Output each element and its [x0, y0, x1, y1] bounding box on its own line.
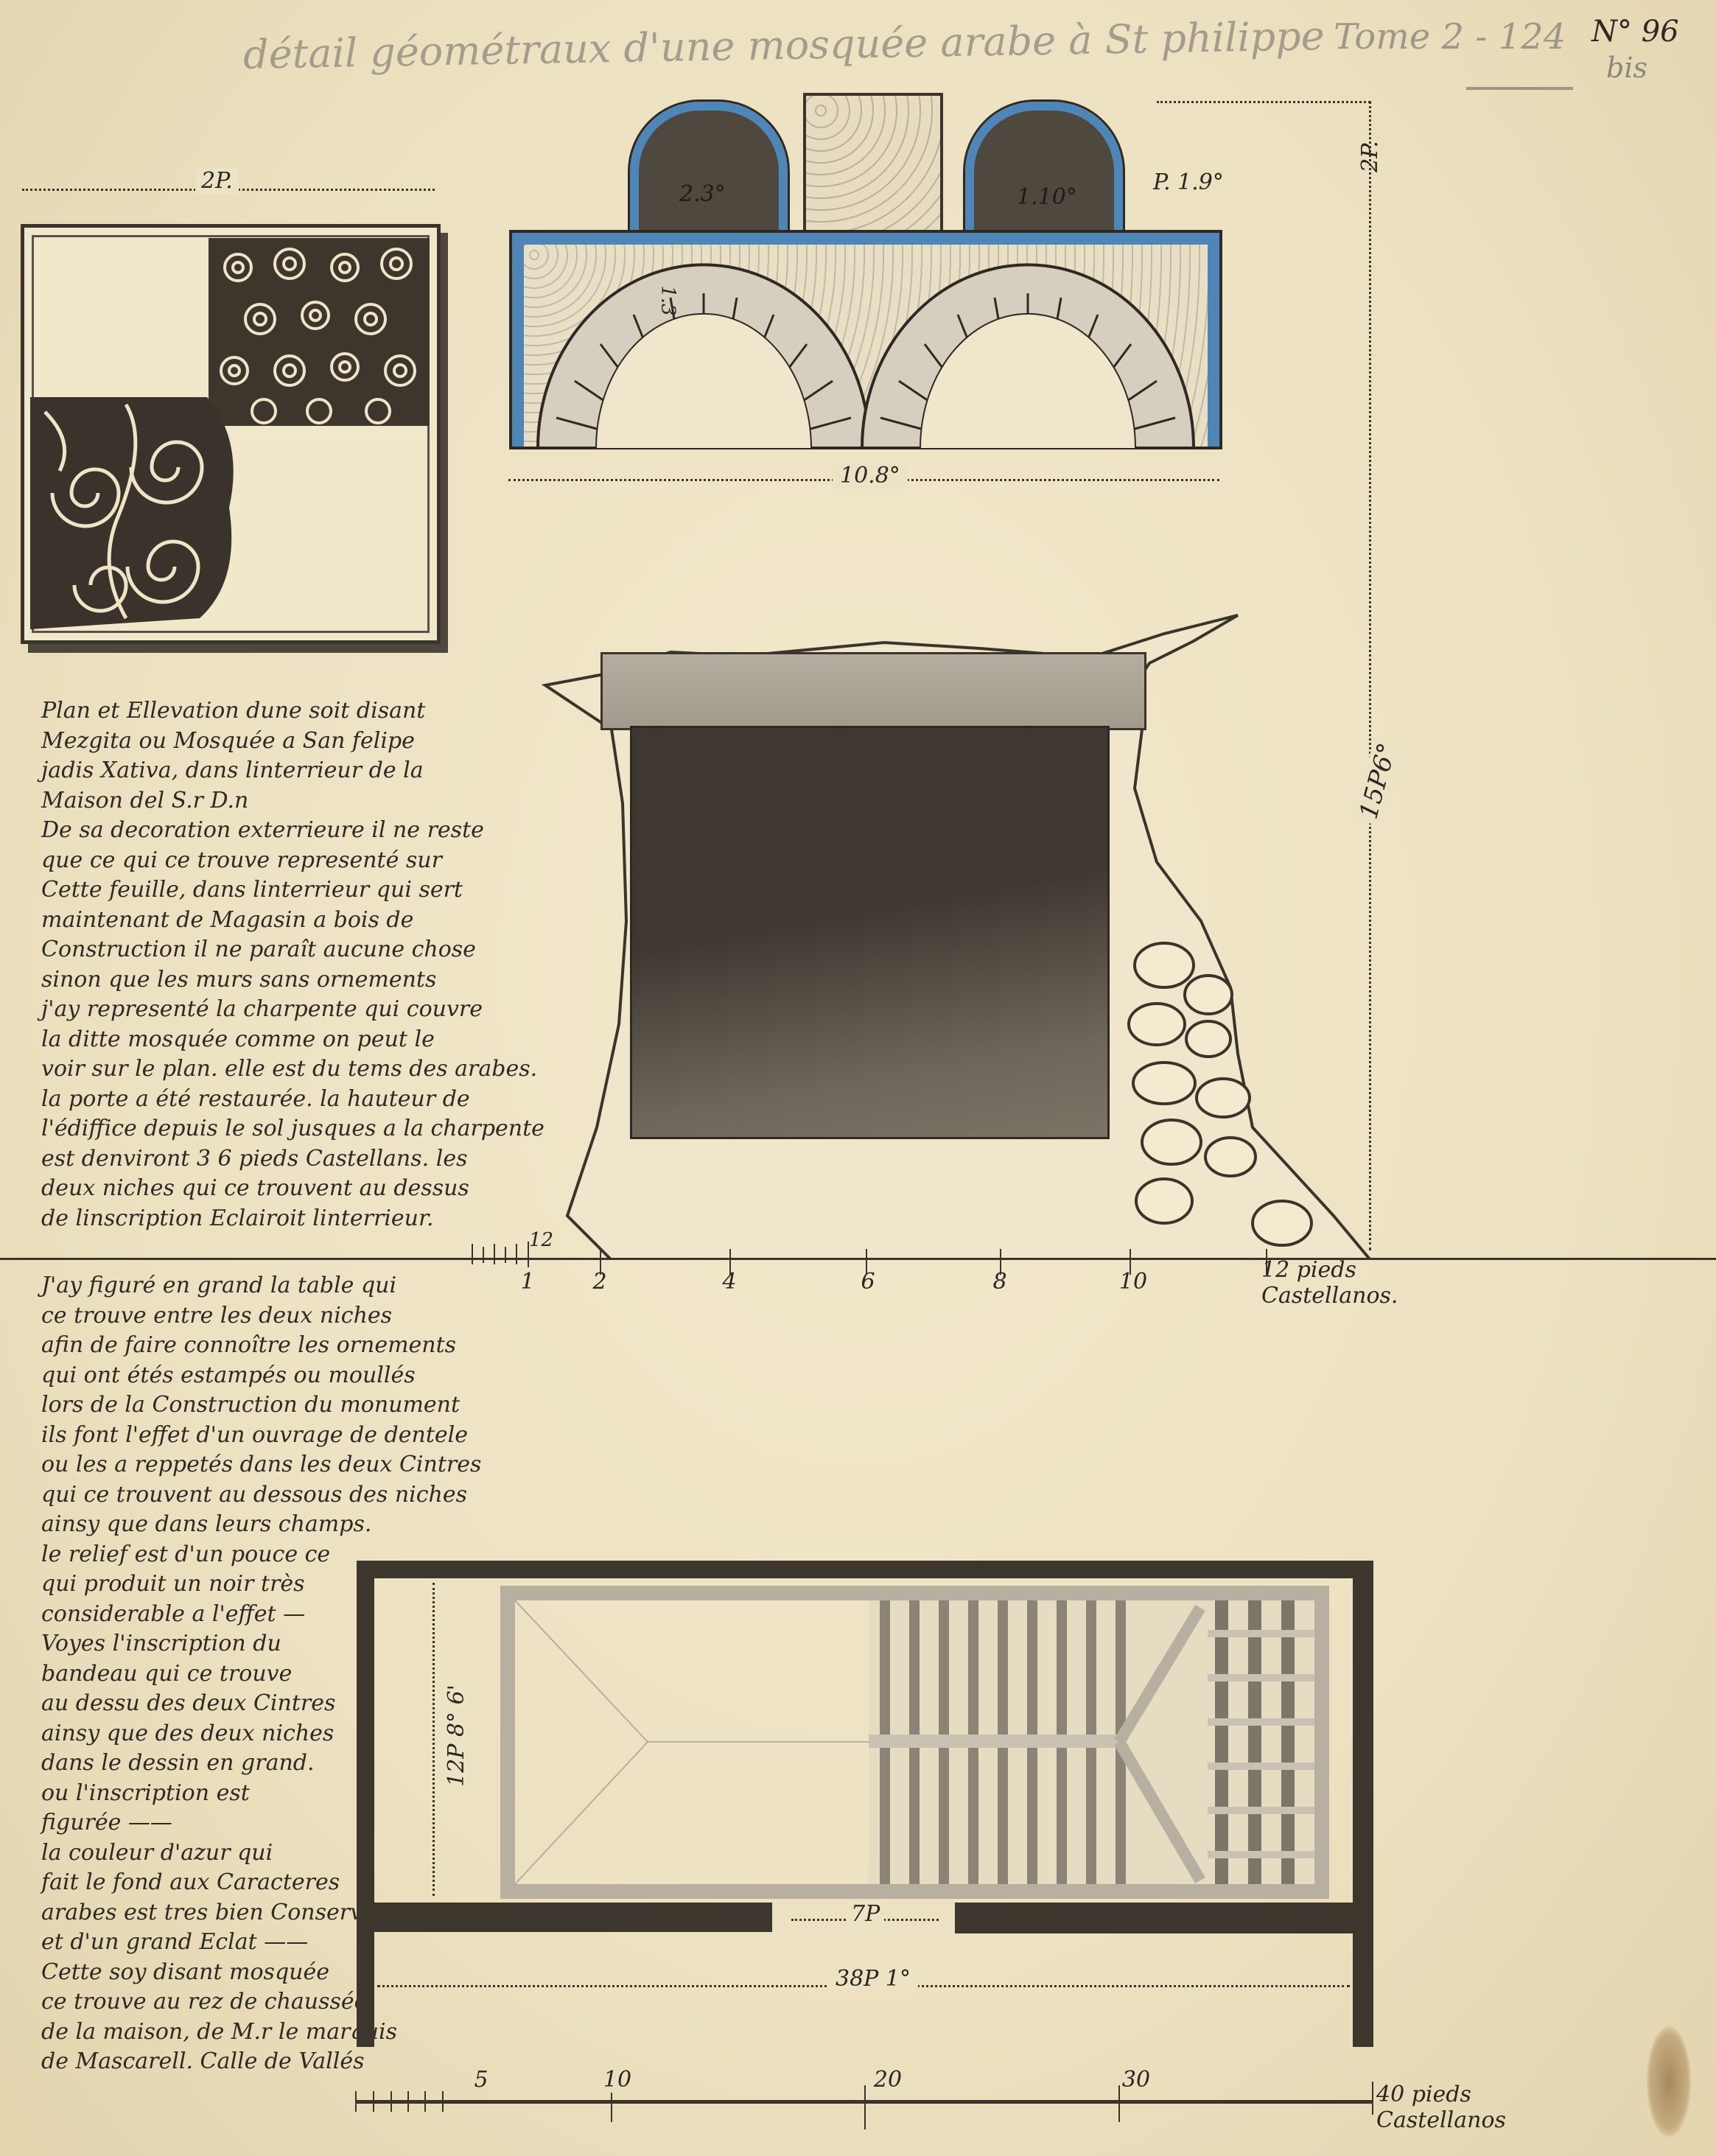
- plan-scale-tick: 5: [474, 2067, 488, 2093]
- plan-wall-front-right: [955, 1903, 1373, 1933]
- note-line: l'édiffice depuis le sol jusques a la ch…: [41, 1114, 544, 1144]
- note-line: qui ont étés estampés ou moullés: [41, 1361, 481, 1391]
- large-arabesque-pattern: [30, 397, 237, 629]
- niche-height-top-line: [1157, 101, 1370, 103]
- door-scale-unit: 12 pieds Castellanos.: [1261, 1257, 1398, 1309]
- niche-right: [965, 102, 1123, 237]
- drawing-sheet: détail géométraux d'une mosquée arabe à …: [0, 0, 1716, 2156]
- door-scale-tick: 10: [1119, 1269, 1147, 1295]
- paper-stain: [1647, 2026, 1691, 2137]
- catalog-reference: Tome 2 - 124: [1334, 16, 1566, 57]
- note-line: la porte a été restaurée. la hauteur de: [41, 1085, 544, 1115]
- sheet-suffix: bis: [1606, 52, 1647, 84]
- note-line: est denviront 3 6 pieds Castellans. les: [41, 1144, 544, 1175]
- note-line: Maison del S.r D.n: [41, 786, 544, 816]
- arch-total-width: 10.8°: [833, 463, 908, 489]
- niches-height-dimension: 2P.: [1357, 141, 1383, 172]
- note-line: maintenant de Magasin a bois de: [41, 906, 544, 936]
- note-line: jadis Xativa, dans linterrieur de la: [41, 756, 544, 786]
- niche-left: [630, 102, 788, 237]
- fine-arabesque-pattern: [209, 238, 430, 437]
- door-scale-tick: 4: [722, 1269, 736, 1295]
- note-line: deux niches qui ce trouvent au dessus: [41, 1174, 544, 1204]
- panel-width-dimension: 2P.: [195, 168, 239, 194]
- note-line: voir sur le plan. elle est du tems des a…: [41, 1054, 544, 1085]
- floor-plan: 12P 8° 6' 7P 38P 1°: [357, 1561, 1373, 2047]
- catalog-underline: [1466, 87, 1573, 90]
- note-line: ce trouve entre les deux niches: [41, 1301, 481, 1331]
- niche-right-width: 1.10°: [1017, 184, 1077, 210]
- sheet-number: N° 96: [1591, 15, 1679, 49]
- note-line: sinon que les murs sans ornements: [41, 965, 544, 995]
- door-scale-tick: 6: [861, 1269, 875, 1295]
- inscription-table-panel: [803, 93, 943, 236]
- note-line: lors de la Construction du monument: [41, 1390, 481, 1421]
- note-line: Plan et Ellevation dune soit disant: [41, 696, 544, 727]
- pencil-title: détail géométraux d'une mosquée arabe à …: [243, 13, 1325, 78]
- arch-elevation: 2.3° 1.10° P. 1.9°: [508, 87, 1238, 455]
- roof-truss-rafters: [515, 1600, 1314, 1884]
- niche-spacing-dimension: P. 1.9°: [1153, 169, 1224, 195]
- ornament-panel: [21, 224, 441, 644]
- plan-width-dimension: 12P 8° 6': [444, 1680, 469, 1791]
- niche-left-width: 2.3°: [679, 181, 726, 207]
- plan-wall-right: [1353, 1561, 1373, 2047]
- door-opening-dimension: 7P: [847, 1901, 884, 1927]
- note-line: de Mascarell. Calle de Vallés: [41, 2047, 481, 2077]
- plan-scale-unit: 40 pieds Castellanos: [1376, 2082, 1506, 2133]
- note-line: ou les a reppetés dans les deux Cintres: [41, 1450, 481, 1480]
- ground-line: [0, 1258, 1716, 1260]
- plan-width-dimension-line: [432, 1583, 435, 1896]
- note-line: la ditte mosquée comme on peut le: [41, 1025, 544, 1055]
- note-line: que ce qui ce trouve representé sur: [41, 846, 544, 876]
- dark-doorway-opening: [630, 726, 1110, 1139]
- door-elevation: [501, 612, 1370, 1260]
- note-line: ainsy que dans leurs champs.: [41, 1510, 481, 1540]
- note-line: De sa decoration exterrieure il ne reste: [41, 816, 544, 846]
- plan-wall-left: [357, 1561, 374, 2047]
- door-scale-tick: 1: [520, 1269, 534, 1295]
- door-scale-tick: 8: [992, 1269, 1006, 1295]
- note-line: de linscription Eclairoit linterrieur.: [41, 1204, 544, 1234]
- note-line: Cette feuille, dans linterrieur qui sert: [41, 875, 544, 906]
- note-line: j'ay representé la charpente qui couvre: [41, 995, 544, 1025]
- stone-lintel: [600, 652, 1146, 730]
- note-line: qui ce trouvent au dessous des niches: [41, 1480, 481, 1511]
- plan-length-dimension: 38P 1°: [828, 1966, 918, 1992]
- notes-block-description: Plan et Ellevation dune soit disant Mezg…: [41, 696, 544, 1233]
- voussoir-depth: 1.3: [657, 285, 679, 315]
- plan-wall-top: [357, 1561, 1373, 1578]
- note-line: afin de faire connoître les ornements: [41, 1331, 481, 1361]
- plan-scale-tick: 20: [874, 2067, 902, 2093]
- plan-scale-tick: 30: [1122, 2067, 1150, 2093]
- note-line: Construction il ne paraît aucune chose: [41, 935, 544, 965]
- twin-horseshoe-arches: [523, 245, 1208, 448]
- door-scale-tick: 2: [592, 1269, 606, 1295]
- note-line: J'ay figuré en grand la table qui: [41, 1271, 481, 1301]
- plan-wall-front-left: [357, 1903, 772, 1932]
- note-line: Mezgita ou Mosquée a San felipe: [41, 727, 544, 757]
- plan-scale-tick: 10: [603, 2067, 631, 2093]
- note-line: ils font l'effet d'un ouvrage de dentele: [41, 1421, 481, 1451]
